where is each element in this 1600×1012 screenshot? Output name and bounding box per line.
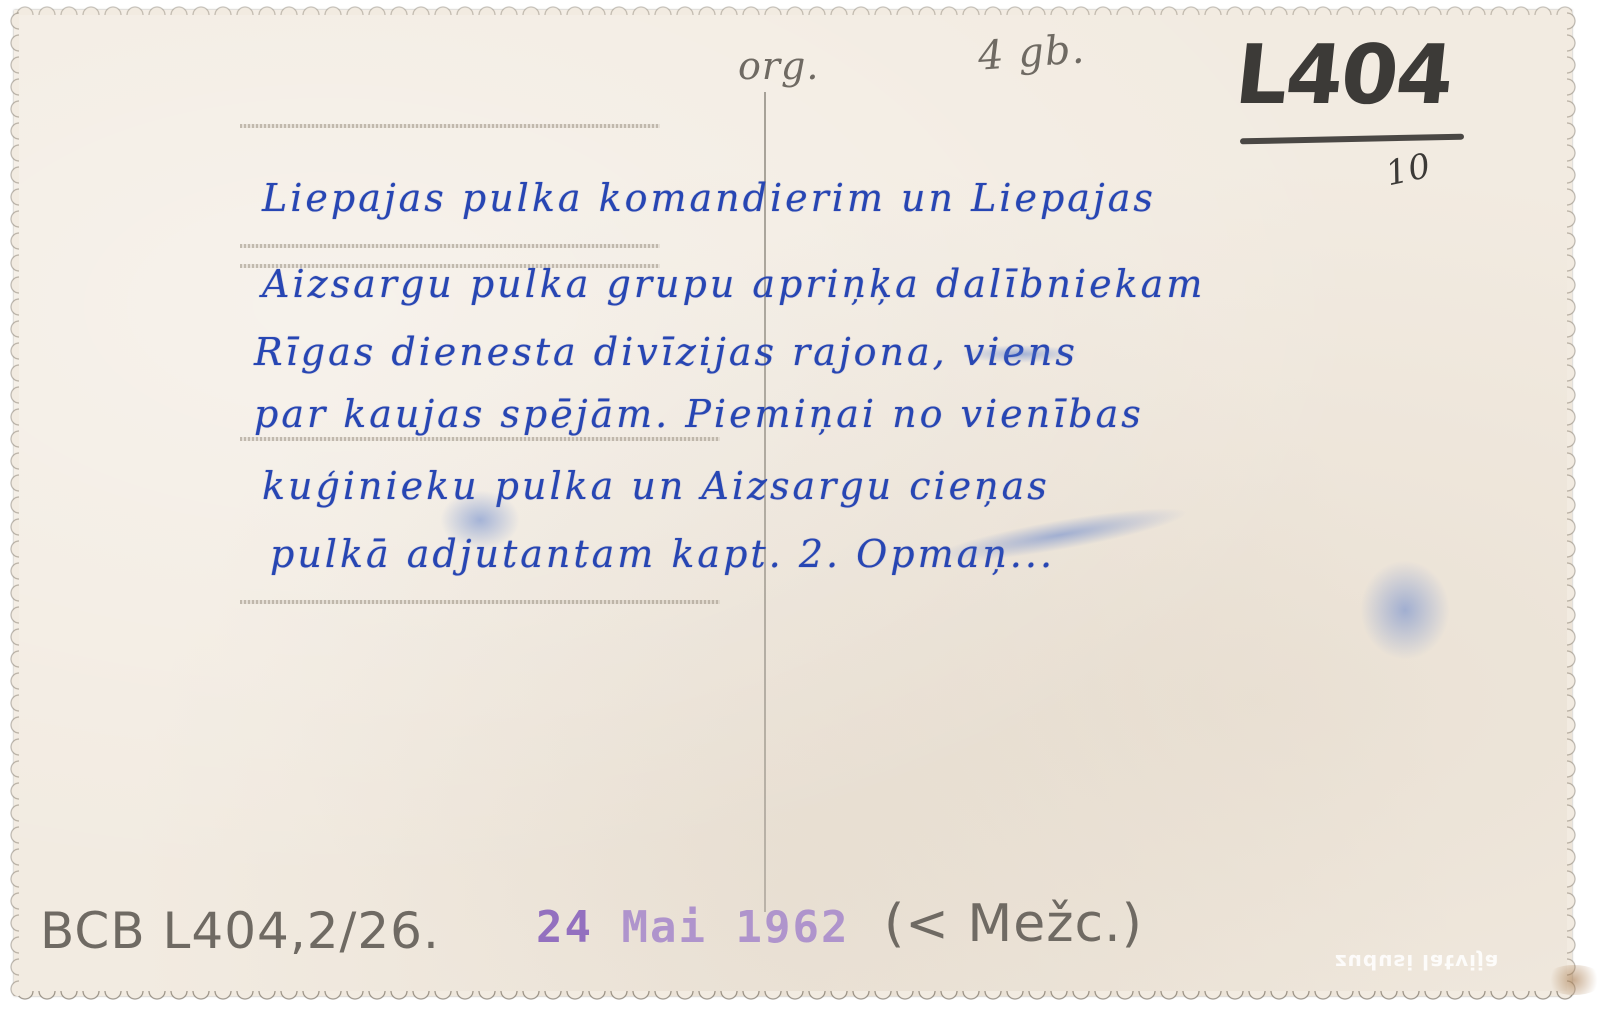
watermark: zudusi latvija	[1335, 950, 1499, 974]
age-stain	[1544, 965, 1600, 995]
date-stamp: 24 Mai 1962	[536, 902, 849, 953]
deckle-edge-right	[1567, 10, 1577, 996]
deckle-edge-left	[9, 10, 19, 996]
printed-line	[240, 244, 660, 248]
reference-number: L404	[1231, 28, 1456, 123]
ink-smudge	[960, 345, 1080, 363]
pencil-note-count: 4 gb.	[977, 26, 1087, 79]
catalog-number: BCB L404,2/26.	[40, 902, 440, 960]
stamp-year: 1962	[735, 902, 849, 953]
ink-smudge	[1360, 560, 1450, 660]
handwritten-line-5: kuģinieku pulka un Aizsargu cieņas	[262, 464, 1050, 508]
handwritten-line-2: Aizsargu pulka grupu apriņķa dalībniekam	[262, 262, 1205, 306]
ink-smudge	[440, 490, 520, 550]
attribution-note: (< Mežc.)	[884, 894, 1143, 954]
printed-line	[240, 124, 660, 128]
handwritten-line-1: Liepajas pulka komandierim un Liepajas	[262, 176, 1156, 220]
handwritten-line-3: Rīgas dienesta divīzijas rajona, viens	[254, 330, 1078, 374]
stamp-month: Mai	[621, 902, 706, 953]
handwritten-line-4: par kaujas spējām. Piemiņai no vienības	[254, 392, 1144, 436]
printed-line	[240, 600, 720, 604]
printed-line	[240, 437, 720, 441]
deckle-edge-bottom	[14, 991, 1572, 1001]
stamp-day: 24	[536, 902, 593, 953]
deckle-edge-top	[14, 5, 1572, 15]
pencil-note-org: org.	[738, 44, 819, 88]
